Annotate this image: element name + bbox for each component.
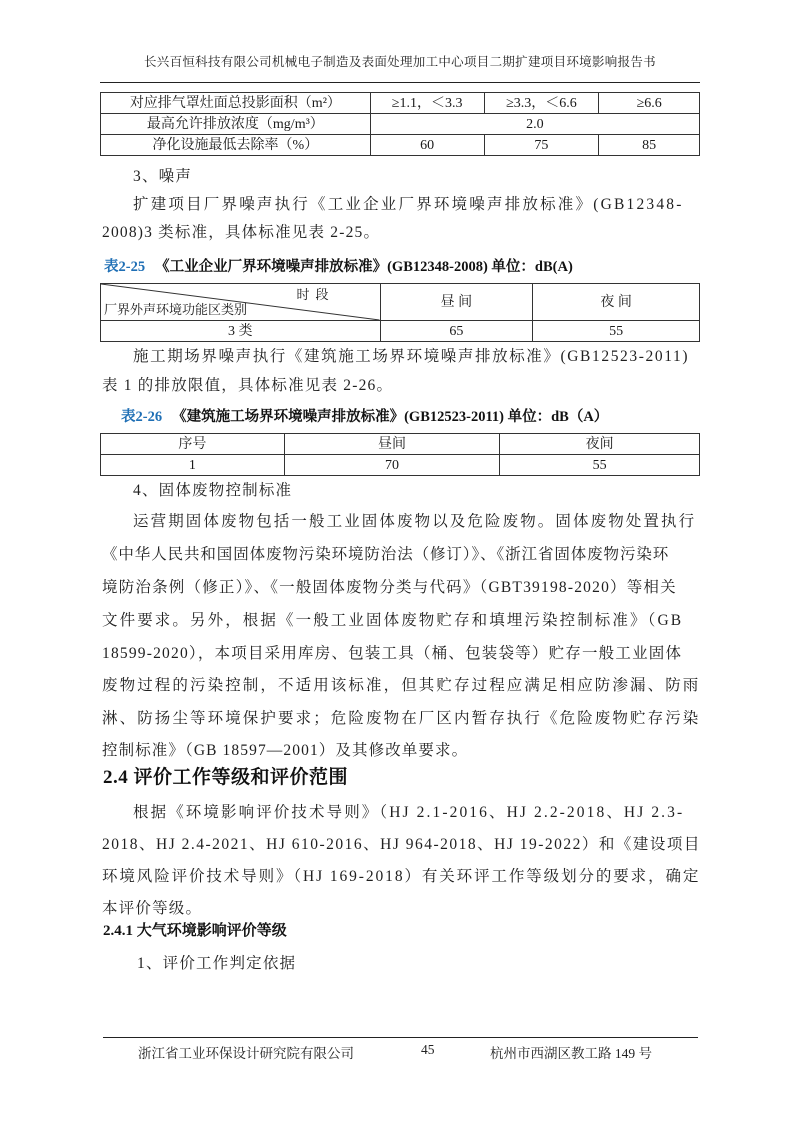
solid-waste-heading: 4、固体废物控制标准 [133, 478, 729, 500]
table-cell: 75 [484, 135, 599, 156]
table-caption-2-26: 表2-26《建筑施工场界环境噪声排放标准》(GB12523-2011) 单位：d… [121, 405, 721, 426]
hood-emission-table: 对应排气罩灶面总投影面积（m²） ≥1.1，＜3.3 ≥3.3，＜6.6 ≥6.… [100, 92, 700, 156]
construction-paragraph-line: 表 1 的排放限值，具体标准见表 2-26。 [102, 373, 698, 395]
caption-number: 表2-25 [104, 259, 145, 275]
section-2-4-line: 根据《环境影响评价技术导则》（HJ 2.1-2016、HJ 2.2-2018、H… [133, 800, 729, 822]
solid-waste-line: 运营期固体废物包括一般工业固体废物以及危险废物。固体废物处置执行 [133, 509, 729, 531]
table-row: 1 70 55 [101, 455, 700, 476]
solid-waste-line: 《中华人民共和国固体废物污染环境防治法（修订）》、《浙江省固体废物污染环 [102, 542, 698, 564]
noise-heading: 3、噪声 [133, 164, 729, 186]
running-header: 长兴百恒科技有限公司机械电子制造及表面处理加工中心项目二期扩建项目环境影响报告书 [100, 52, 700, 70]
table-row: 3 类 65 55 [101, 321, 700, 342]
table-2-25: 时段 厂界外声环境功能区类别 昼 间 夜 间 3 类 65 55 [100, 283, 700, 342]
solid-waste-line: 境防治条例（修正）》、《一般固体废物分类与代码》（GBT39198-2020）等… [102, 575, 698, 597]
diagonal-header-cell: 时段 厂界外声环境功能区类别 [101, 284, 381, 321]
page-number: 45 [421, 1042, 435, 1058]
header-divider [100, 82, 700, 83]
diag-label-zone: 厂界外声环境功能区类别 [104, 300, 247, 319]
section-2-4-line: 本评价等级。 [102, 896, 698, 918]
section-heading-2-4-1: 2.4.1 大气环境影响评价等级 [103, 919, 287, 940]
construction-paragraph-line: 施工期场界噪声执行《建筑施工场界环境噪声排放标准》(GB12523-2011) [133, 344, 729, 366]
table-cell: 2.0 [370, 114, 699, 135]
table-header-cell: 昼 间 [380, 284, 533, 321]
table-cell: ≥3.3，＜6.6 [484, 93, 599, 114]
table-cell: ≥6.6 [599, 93, 700, 114]
caption-text: 《建筑施工场界环境噪声排放标准》(GB12523-2011) 单位：dB（A） [172, 409, 608, 425]
table-cell: 最高允许排放浓度（mg/m³） [101, 114, 371, 135]
table-cell: ≥1.1，＜3.3 [370, 93, 484, 114]
solid-waste-line: 淋、防扬尘等环境保护要求；危险废物在厂区内暂存执行《危险废物贮存污染 [102, 706, 698, 728]
table-row: 对应排气罩灶面总投影面积（m²） ≥1.1，＜3.3 ≥3.3，＜6.6 ≥6.… [101, 93, 700, 114]
table-header-cell: 序号 [101, 434, 285, 455]
caption-text: 《工业企业厂界环境噪声排放标准》(GB12348-2008) 单位：dB(A) [155, 259, 573, 275]
table-cell: 55 [500, 455, 700, 476]
footer-divider [103, 1037, 698, 1038]
table-header-cell: 昼间 [284, 434, 500, 455]
table-caption-2-25: 表2-25《工业企业厂界环境噪声排放标准》(GB12348-2008) 单位：d… [104, 255, 704, 276]
section-heading-2-4: 2.4 评价工作等级和评价范围 [103, 762, 348, 789]
table-cell: 70 [284, 455, 500, 476]
section-2-4-line: 2018、HJ 2.4-2021、HJ 610-2016、HJ 964-2018… [102, 832, 698, 854]
solid-waste-line: 废物过程的污染控制，不适用该标准，但其贮存过程应满足相应防渗漏、防雨 [102, 673, 698, 695]
table-2-26: 序号 昼间 夜间 1 70 55 [100, 433, 700, 476]
table-row: 最高允许排放浓度（mg/m³） 2.0 [101, 114, 700, 135]
footer-address: 杭州市西湖区教工路 149 号 [490, 1042, 652, 1062]
table-header-cell: 夜间 [500, 434, 700, 455]
table-cell: 60 [370, 135, 484, 156]
noise-paragraph-line: 扩建项目厂界噪声执行《工业企业厂界环境噪声排放标准》(GB12348- [133, 192, 729, 214]
noise-paragraph-line: 2008)3 类标准，具体标准见表 2-25。 [102, 220, 698, 242]
solid-waste-line: 18599-2020），本项目采用库房、包装工具（桶、包装袋等）贮存一般工业固体 [102, 641, 698, 663]
diag-label-period: 时段 [296, 285, 334, 304]
table-header-row: 序号 昼间 夜间 [101, 434, 700, 455]
table-cell: 55 [533, 321, 700, 342]
table-cell: 净化设施最低去除率（%） [101, 135, 371, 156]
table-header-cell: 夜 间 [533, 284, 700, 321]
table-cell: 85 [599, 135, 700, 156]
table-cell: 65 [380, 321, 533, 342]
table-row: 净化设施最低去除率（%） 60 75 85 [101, 135, 700, 156]
table-cell: 1 [101, 455, 285, 476]
table-header-row: 时段 厂界外声环境功能区类别 昼 间 夜 间 [101, 284, 700, 321]
table-cell: 3 类 [101, 321, 381, 342]
solid-waste-line: 控制标准》（GB 18597—2001）及其修改单要求。 [102, 738, 698, 760]
caption-number: 表2-26 [121, 409, 162, 425]
criteria-item: 1、评价工作判定依据 [137, 951, 733, 973]
solid-waste-line: 文件要求。另外，根据《一般工业固体废物贮存和填埋污染控制标准》（GB [102, 608, 698, 630]
document-page: 长兴百恒科技有限公司机械电子制造及表面处理加工中心项目二期扩建项目环境影响报告书… [0, 0, 800, 1131]
footer-organization: 浙江省工业环保设计研究院有限公司 [138, 1042, 354, 1062]
table-cell: 对应排气罩灶面总投影面积（m²） [101, 93, 371, 114]
section-2-4-line: 环境风险评价技术导则》（HJ 169-2018）有关环评工作等级划分的要求，确定 [102, 864, 698, 886]
